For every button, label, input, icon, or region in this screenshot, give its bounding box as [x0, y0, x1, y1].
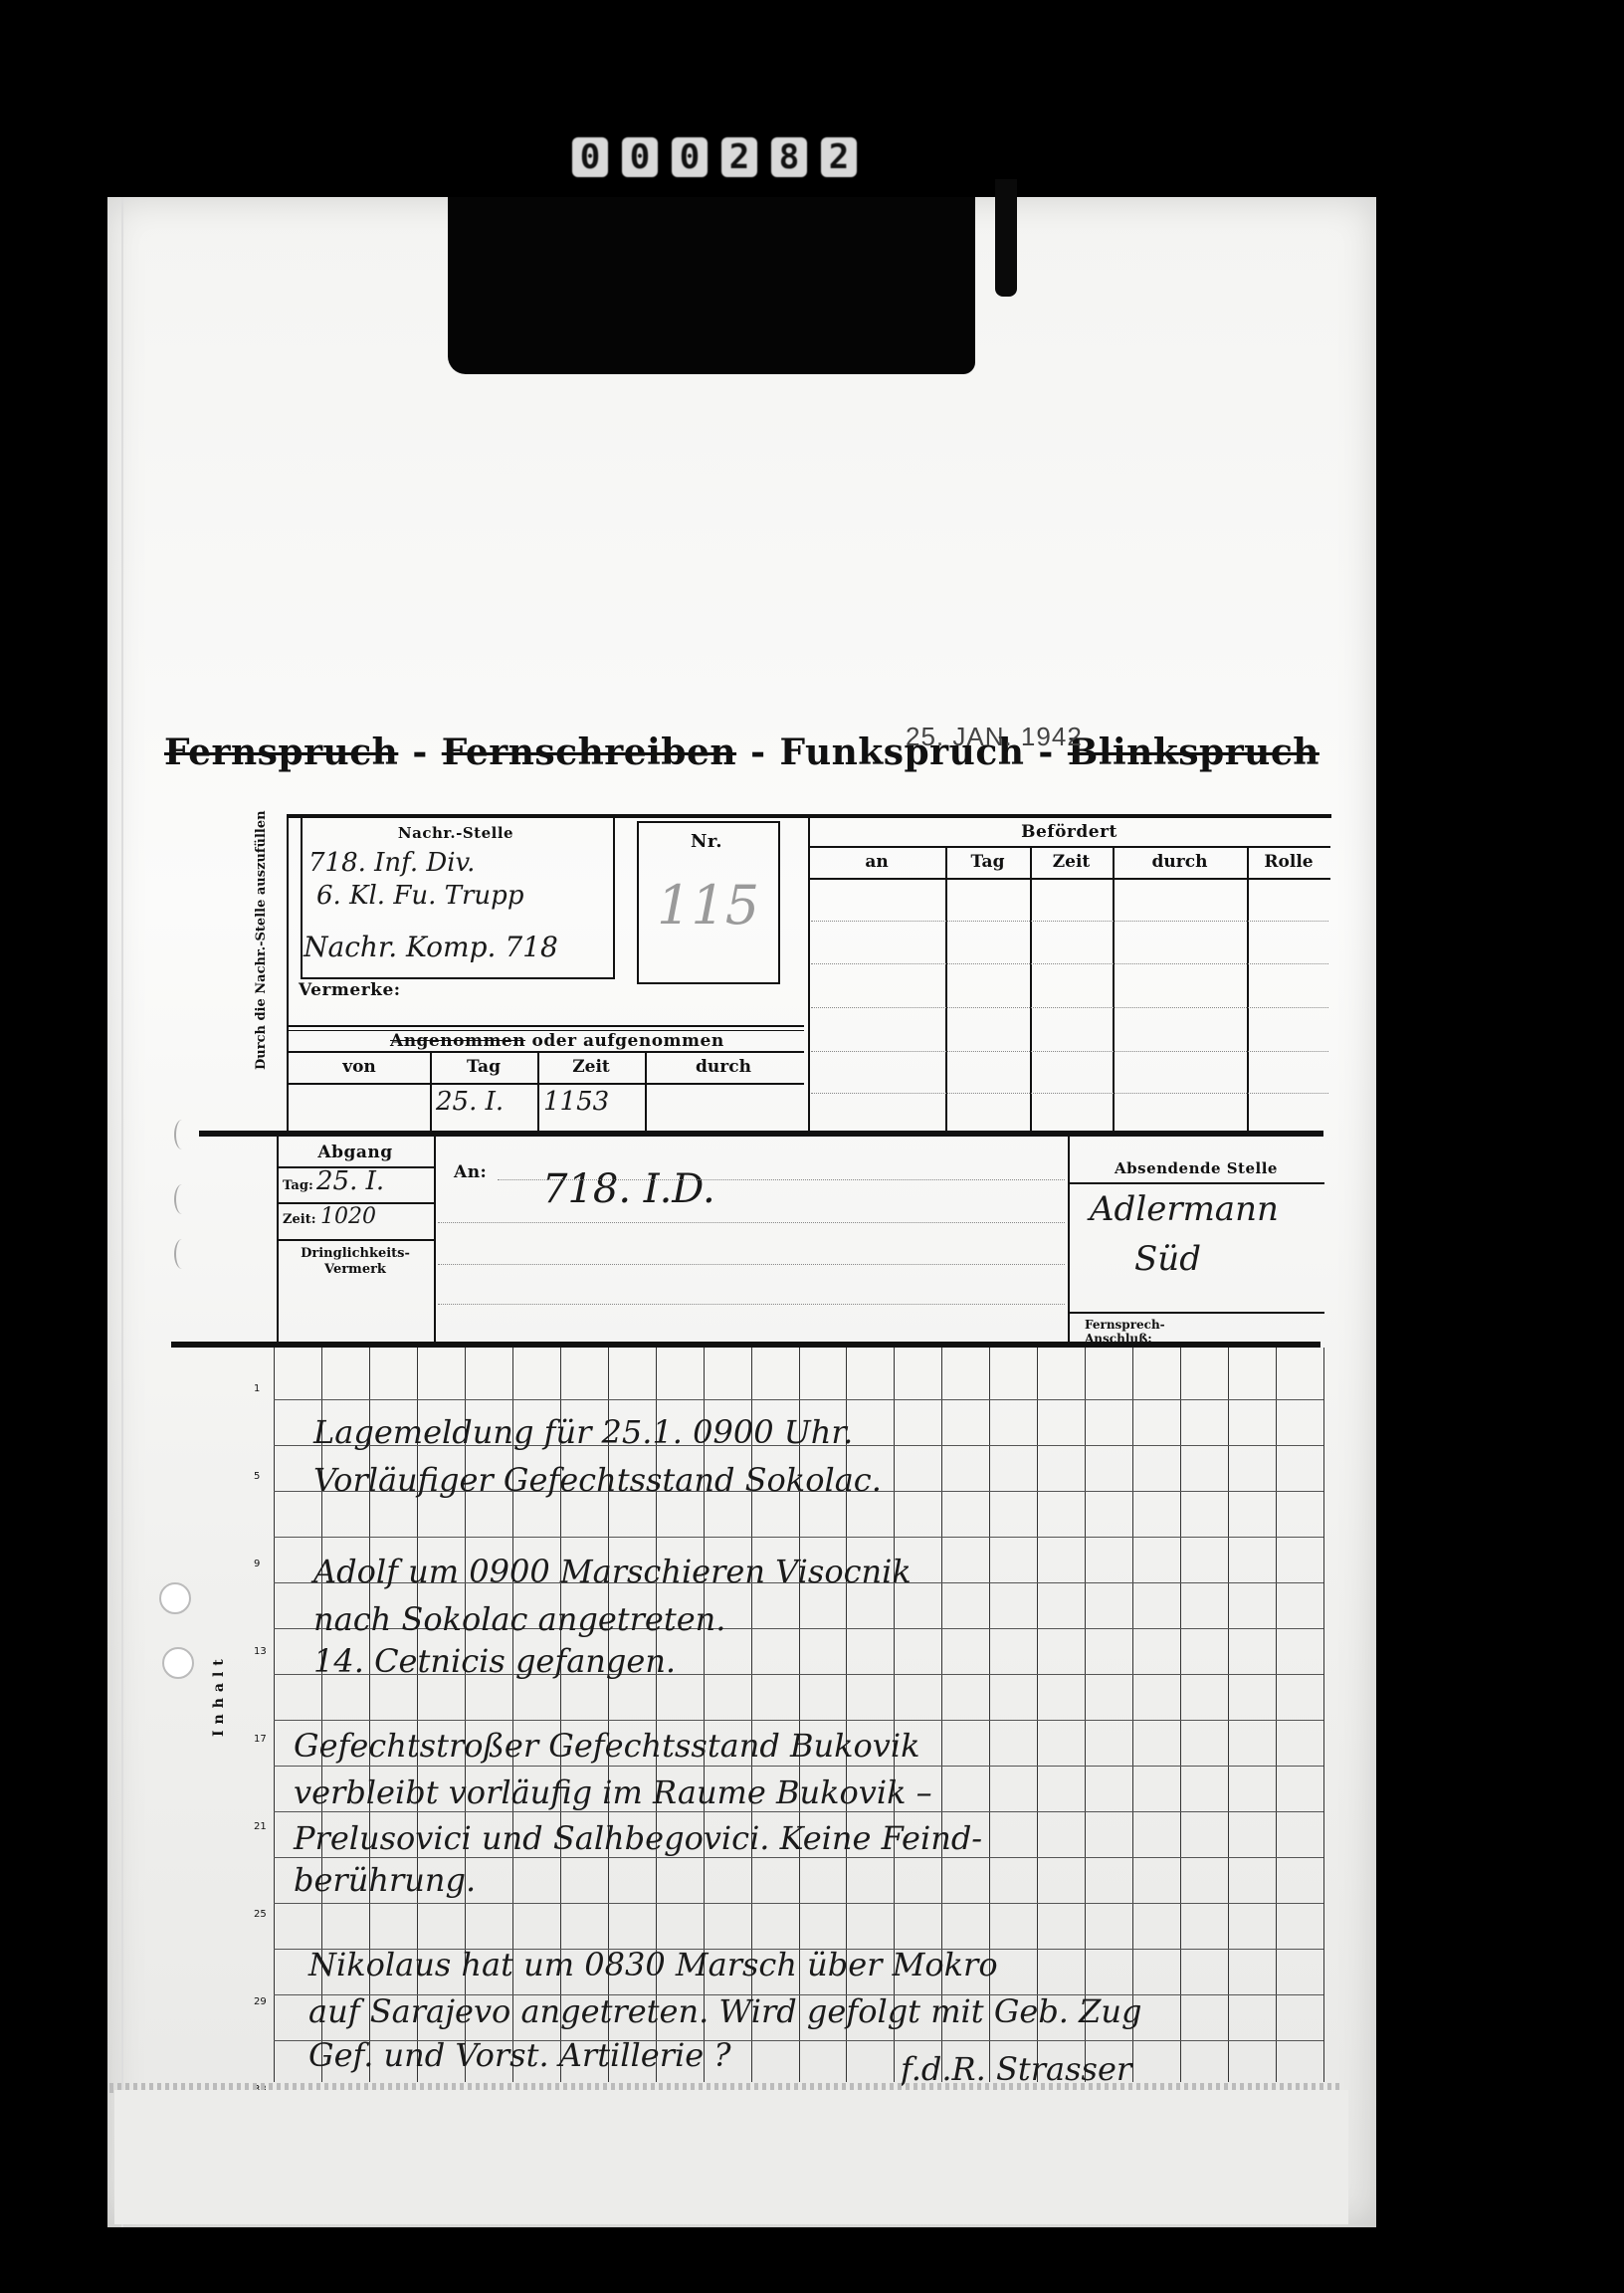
message-line: Vorläufiger Gefechtsstand Sokolac.	[313, 1461, 882, 1499]
message-line: Nikolaus hat um 0830 Marsch über Mokro	[308, 1946, 998, 1983]
punch-bracket	[174, 1120, 190, 1149]
nachr-stelle-label: Nachr.-Stelle	[301, 824, 611, 842]
col-durch: durch	[645, 1057, 802, 1077]
befoerdert-col-tag: Tag	[945, 852, 1030, 872]
absendende-stelle-line2: Süd	[1134, 1239, 1201, 1279]
grid-row-line	[274, 1857, 1323, 1858]
rule	[945, 846, 947, 1133]
grid-row-line	[274, 1720, 1323, 1721]
nachr-stelle-line1: 718. Inf. Div.	[308, 848, 475, 878]
grid-col-line	[1085, 1348, 1086, 2082]
dotted-rule	[438, 1264, 1065, 1265]
grid-col-line	[1228, 1348, 1229, 2082]
frame-digit: 2	[821, 137, 857, 177]
binder-clip	[448, 197, 975, 374]
message-line: Prelusovici und Salhbegovici. Keine Fein…	[294, 1819, 982, 1857]
befoerdert-col-durch: durch	[1113, 852, 1247, 872]
rule	[1068, 1182, 1324, 1184]
frame-digit: 2	[721, 137, 757, 177]
row-number: 5	[254, 1471, 260, 1482]
rule	[277, 1239, 434, 1241]
angenommen-struck: Angenommen	[390, 1031, 525, 1051]
message-line: Gef. und Vorst. Artillerie ?	[308, 2036, 730, 2074]
message-type-title: Fernspruch - Fernschreiben - Funkspruch …	[164, 731, 1319, 773]
grid-row-line	[274, 1766, 1323, 1767]
frame-counter: 0 0 0 2 8 2	[572, 137, 857, 177]
frame-digit: 0	[572, 137, 608, 177]
abgang-zeit-label: Zeit:	[283, 1212, 316, 1227]
nachr-stelle-line2: 6. Kl. Fu. Trupp	[316, 881, 523, 911]
aufgenommen-rest: oder aufgenommen	[532, 1031, 724, 1051]
dringlichkeit-label-1: Dringlichkeits-	[277, 1246, 434, 1261]
message-line: nach Sokolac angetreten.	[313, 1600, 725, 1638]
grid-col-line	[1037, 1348, 1038, 2082]
aufgenommen-zeit-value: 1153	[543, 1087, 609, 1117]
grid-row-line	[274, 1537, 1323, 1538]
dotted-rule	[811, 1007, 1328, 1008]
row-number: 29	[254, 1996, 267, 2007]
grid-row-line	[274, 1399, 1323, 1400]
page-stub	[114, 2090, 1348, 2224]
row-number: 21	[254, 1821, 267, 1832]
punch-hole	[162, 1647, 194, 1679]
rule	[287, 1025, 804, 1027]
abgang-label: Abgang	[277, 1143, 434, 1162]
grid-col-line	[1276, 1348, 1277, 2082]
binder-clip-post	[995, 179, 1017, 297]
rule	[1113, 846, 1115, 1133]
frame-digit: 0	[672, 137, 708, 177]
separator: -	[750, 731, 765, 773]
separator: -	[412, 731, 427, 773]
row-number: 9	[254, 1559, 260, 1569]
rule	[287, 814, 289, 1133]
message-line: Lagemeldung für 25.1. 0900 Uhr.	[313, 1413, 853, 1451]
fernsprech-label-1: Fernsprech-	[1085, 1318, 1165, 1332]
absendende-stelle-label: Absendende Stelle	[1068, 1159, 1324, 1177]
rule	[808, 878, 1330, 880]
punch-bracket	[174, 1184, 190, 1214]
nr-label: Nr.	[637, 831, 776, 852]
row-number: 25	[254, 1909, 267, 1920]
dotted-rule	[811, 921, 1328, 922]
side-label: Durch die Nachr.-Stelle auszufüllen	[254, 810, 269, 1070]
abgang-zeit-value: 1020	[320, 1204, 376, 1229]
rule	[1068, 1312, 1324, 1314]
grid-col-line	[274, 1348, 275, 2082]
dotted-rule	[438, 1222, 1065, 1223]
row-number: 1	[254, 1383, 260, 1394]
row-number: 13	[254, 1646, 267, 1657]
rule	[1030, 846, 1032, 1133]
dotted-rule	[811, 1051, 1328, 1052]
aufgenommen-tag-value: 25. I.	[436, 1087, 504, 1117]
vermerke-label: Vermerke:	[299, 980, 401, 1000]
dotted-rule	[438, 1304, 1065, 1305]
dotted-rule	[811, 1093, 1328, 1094]
rule	[1247, 846, 1249, 1133]
rule	[808, 846, 1330, 848]
page-edge	[121, 197, 123, 2227]
message-line: verbleibt vorläufig im Raume Bukovik –	[294, 1773, 932, 1811]
type-fernspruch: Fernspruch	[164, 731, 398, 773]
abgang-tag-label: Tag:	[283, 1178, 313, 1193]
nr-value: 115	[657, 874, 759, 937]
message-line: Gefechtstroßer Gefechtsstand Bukovik	[294, 1727, 920, 1765]
type-fernschreiben: Fernschreiben	[442, 731, 736, 773]
col-tag: Tag	[430, 1057, 537, 1077]
row-number: 17	[254, 1734, 267, 1745]
inhalt-label: Inhalt	[211, 1653, 227, 1737]
aufgenommen-title: Angenommen oder aufgenommen	[390, 1031, 724, 1051]
nachr-stelle-line3: Nachr. Komp. 718	[304, 931, 558, 963]
punch-bracket	[174, 1239, 190, 1269]
col-zeit: Zeit	[537, 1057, 645, 1077]
grid-col-line	[1132, 1348, 1133, 2082]
befoerdert-col-rolle: Rolle	[1247, 852, 1330, 872]
grid-row-line	[274, 1811, 1323, 1812]
dotted-rule	[498, 1179, 1065, 1180]
message-line: Adolf um 0900 Marschieren Visocnik	[313, 1553, 912, 1590]
rule	[287, 1051, 804, 1053]
grid-row-line	[274, 1903, 1323, 1904]
dringlichkeit-label-2: Vermerk	[277, 1262, 434, 1277]
frame-digit: 0	[622, 137, 658, 177]
befoerdert-col-an: an	[808, 852, 945, 872]
abgang-tag-value: 25. I.	[316, 1166, 384, 1196]
grid-col-line	[1180, 1348, 1181, 2082]
col-von: von	[289, 1057, 430, 1077]
dotted-rule	[811, 963, 1328, 964]
grid-col-line	[1323, 1348, 1324, 2082]
absendende-stelle-line1: Adlermann	[1090, 1189, 1279, 1229]
date-stamp: 25. JAN. 1942	[906, 722, 1083, 752]
type-blinkspruch: Blinkspruch	[1068, 731, 1319, 773]
thick-rule	[199, 1131, 1323, 1137]
message-line: 14. Cetnicis gefangen.	[313, 1642, 676, 1680]
befoerdert-label: Befördert	[808, 822, 1330, 842]
frame-digit: 8	[771, 137, 807, 177]
rule	[287, 1083, 804, 1085]
message-line: berührung.	[294, 1861, 476, 1899]
an-value: 718. I.D.	[542, 1166, 715, 1212]
punch-hole	[159, 1582, 191, 1614]
befoerdert-col-zeit: Zeit	[1030, 852, 1113, 872]
rule	[434, 1137, 436, 1346]
message-line: auf Sarajevo angetreten. Wird gefolgt mi…	[308, 1992, 1141, 2030]
an-label: An:	[454, 1162, 487, 1182]
